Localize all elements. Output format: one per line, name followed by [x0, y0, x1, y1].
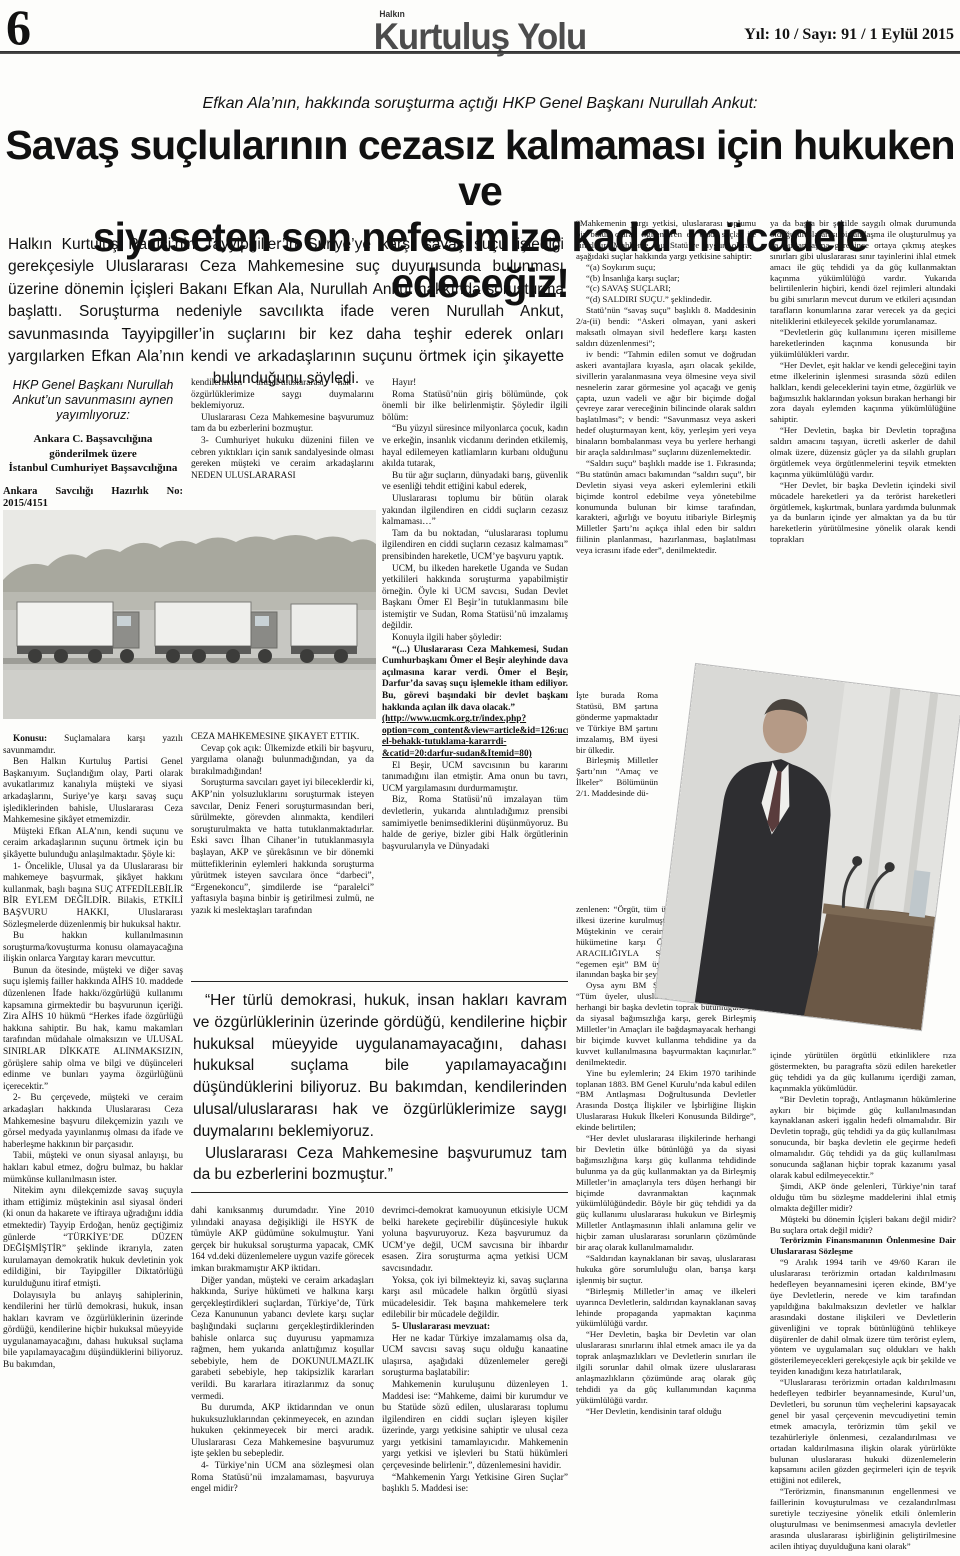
- col5-bottom: içinde yürütülen örgütlü etkinliklere rı…: [770, 1050, 956, 1556]
- paragraph: Statü’nün “savaş suçu” başlıklı 8. Madde…: [576, 305, 756, 349]
- paragraph: “Mahkemenin Yargı Yetkisine Giren Suçlar…: [382, 1473, 568, 1496]
- paragraph: “(b) İnsanlığa karşı suçlar;: [576, 273, 756, 284]
- paragraph: dahi kanıksanmış durumdadır. Yine 2010 y…: [191, 1206, 374, 1276]
- pull-quote-rule-bottom: [191, 1192, 568, 1193]
- paragraph: İşte burada Roma Statüsü, BM şartına gön…: [576, 690, 658, 755]
- col3-top: Hayır!Roma Statüsü’nün giriş bölümünde, …: [382, 378, 568, 978]
- col5-top: ya da başka bir şekilde saygılı olmak du…: [770, 218, 956, 680]
- paragraph: Uluslararası toplumu bir bütün olarak ya…: [382, 494, 568, 529]
- paragraph: iv bendi: “Tahmin edilen somut ve doğrud…: [576, 349, 756, 458]
- paragraph: Roma Statüsü’nün giriş bölümünde, çok ön…: [382, 390, 568, 425]
- paragraph: ya da başka bir şekilde saygılı olmak du…: [770, 218, 956, 327]
- speaker-at-rostrum-photo: [655, 664, 960, 1030]
- paragraph: “Saldırıdan kaynaklanan bir savaş, ulusl…: [576, 1253, 756, 1286]
- paragraph: Yine bu eylemlerin; 24 Ekim 1970 tarihin…: [576, 1068, 756, 1133]
- truck-convoy-illustration: [3, 510, 376, 719]
- address-line: İstanbul Cumhuriyet Başsavcılığına: [3, 461, 183, 476]
- col2-mid: CEZA MAHKEMESİNE ŞİKÂYET ETTİK.Cevap çok…: [191, 732, 374, 978]
- paragraph: “Her Devletin, başka bir Devletin var ol…: [576, 1329, 756, 1405]
- paragraph: “Terörizmin, finansmanının engellenmesi …: [770, 1486, 956, 1551]
- paragraph: “Bir Devletin toprağı, Antlaşmanın hüküm…: [770, 1094, 956, 1181]
- paragraph: Bu tür ağır suçların, dünyadaki barış, g…: [382, 471, 568, 494]
- col2-bottom: dahi kanıksanmış durumdadır. Yine 2010 y…: [191, 1206, 374, 1556]
- paragraph: Diğer yandan, müşteki ve ceraim arkadaşl…: [191, 1276, 374, 1404]
- paragraph: Soruşturma savcıları gayet iyi bilecekle…: [191, 778, 374, 917]
- paragraph: Uluslararası Ceza Mahkemesine başvurumuz…: [191, 413, 374, 436]
- paragraph: kendilerinden ulusal/uluslararası hak ve…: [191, 378, 374, 413]
- paragraph: 3- Cumhuriyet hukuku düzenini fiilen ve …: [191, 436, 374, 482]
- issue-info: Yıl: 10 / Sayı: 91 / 1 Eylül 2015: [744, 26, 954, 44]
- col1-hazirlik-no: Ankara Savcılığı Hazırlık No: 2015/4151: [3, 486, 183, 512]
- paragraph: “Mahkemenin yargı yetkisi, uluslararası …: [576, 218, 756, 262]
- col4-top: “Mahkemenin yargı yetkisi, uluslararası …: [576, 218, 756, 688]
- paragraph: Biz, Roma Statüsü’nü imzalayan tüm devle…: [382, 795, 568, 853]
- paragraph: Müşteki Efkan ALA’nın, kendi suçunu ve c…: [3, 827, 183, 862]
- paragraph: (http://www.ucmk.org.tr/index.php?option…: [382, 714, 568, 760]
- paragraph: Nitekim aynı dilekçemizde savaş suçuyla …: [3, 1186, 183, 1290]
- paragraph: 1- Öncelikle, Ulusal ya da Uluslararası …: [3, 862, 183, 932]
- col1-address: Ankara C. Başsavcılığına gönderilmek üze…: [3, 432, 183, 480]
- col3-bottom: devrimci-demokrat kamuoyunun etkisiyle U…: [382, 1206, 568, 1556]
- paragraph: “Her Devletin, başka bir Devletin toprağ…: [770, 425, 956, 480]
- paragraph: Ben Halkın Kurtuluş Partisi Genel Başkan…: [3, 757, 183, 827]
- paragraph: El Beşir, UCM savcısının bu kararını tan…: [382, 761, 568, 796]
- lead-paragraph: Halkın Kurtuluş Partisi’nin Tayyipgiller…: [8, 234, 564, 391]
- pull-quote-rule-top: [191, 981, 568, 982]
- paragraph: “Her Devletin, kendisinin taraf olduğu: [576, 1406, 756, 1417]
- paragraph: Hayır!: [382, 378, 568, 390]
- paragraph: “Her Devlet, bir başka Devletin içindeki…: [770, 480, 956, 545]
- paragraph: 5- Uluslararası mevzuat:: [382, 1322, 568, 1334]
- paragraph: Tam da bu noktadan, “uluslararası toplum…: [382, 529, 568, 564]
- col4-narrow-beside-photo: İşte burada Roma Statüsü, BM şartına gön…: [576, 690, 658, 902]
- truck-convoy-photo: [3, 510, 376, 719]
- address-line: gönderilmek üzere: [3, 447, 183, 462]
- col1-body: Konusu: Suçlamalara karşı yazılı savunma…: [3, 734, 183, 1556]
- paragraph: Bunun da ötesinde, müşteki ve diğer sava…: [3, 966, 183, 1094]
- paragraph: 4- Türkiye’nin UCM ana sözleşmesi olan R…: [191, 1461, 374, 1496]
- paragraph: Yoksa, çok iyi bilmekteyiz ki, savaş suç…: [382, 1276, 568, 1322]
- newspaper-page: 6 Halkın Kurtuluş Yolu Yıl: 10 / Sayı: 9…: [0, 0, 960, 1556]
- page-number: 6: [6, 2, 31, 52]
- paragraph: Mahkemenin kuruluşunu düzenleyen 1. Madd…: [382, 1380, 568, 1473]
- header-rule: [0, 51, 960, 54]
- paragraph: “Uluslararası terörizmin ortadan kaldırı…: [770, 1377, 956, 1486]
- paragraph: 2- Bu çerçevede, müşteki ve ceraim arkad…: [3, 1093, 183, 1151]
- headline-line1: Savaş suçlularının cezasız kalmaması içi…: [5, 122, 954, 214]
- paragraph: Müşteki bu dönemin İçişleri bakanı değil…: [770, 1214, 956, 1236]
- paragraph: “Her devlet uluslararası ilişkilerinde h…: [576, 1133, 756, 1253]
- paragraph: Konuyla ilgili haber şöyledir:: [382, 633, 568, 645]
- paragraph-lead-in: Konusu:: [13, 734, 47, 744]
- paragraph: “Her türlü demokrasi, hukuk, insan hakla…: [193, 990, 567, 1143]
- paragraph: “9 Aralık 1994 tarih ve 49/60 Kararı ile…: [770, 1257, 956, 1377]
- paragraph: “Birleşmiş Milletler’in amaç ve ilkeleri…: [576, 1286, 756, 1330]
- paragraph: Şimdi, AKP önde gelenleri, Türkiye’nin t…: [770, 1181, 956, 1214]
- paragraph: “Devletlerin güç kullanımını içeren misi…: [770, 327, 956, 360]
- paragraph: CEZA MAHKEMESİNE ŞİKÂYET ETTİK.: [191, 732, 374, 744]
- paragraph: Birleşmiş Milletler Şartı’nın “Amaç ve İ…: [576, 755, 658, 799]
- paragraph: Bu hakkın kullanılmasının soruşturma/kov…: [3, 931, 183, 966]
- col2-top: kendilerinden ulusal/uluslararası hak ve…: [191, 378, 374, 508]
- paragraph: Uluslararası Ceza Mahkemesine başvurumuz…: [193, 1143, 567, 1187]
- paragraph: “Her Devlet, eşit haklar ve kendi gelece…: [770, 360, 956, 425]
- paragraph: “(d) SALDIRI SUÇU.” şeklindedir.: [576, 294, 756, 305]
- paragraph: “(...) Uluslararası Ceza Mahkemesi, Suda…: [382, 645, 568, 715]
- paragraph: “Saldırı suçu” başlıklı madde ise 1. Fık…: [576, 458, 756, 556]
- paragraph: Cevap çok açık: Ülkemizde etkili bir baş…: [191, 744, 374, 779]
- pull-quote: “Her türlü demokrasi, hukuk, insan hakla…: [193, 990, 567, 1186]
- paragraph: Dolayısıyla bu anlayış sahiplerinin, ken…: [3, 1291, 183, 1372]
- speaker-illustration: [655, 664, 960, 1030]
- paragraph: Bu durumda, AKP iktidarından ve onun huk…: [191, 1403, 374, 1461]
- paragraph: içinde yürütülen örgütlü etkinliklere rı…: [770, 1050, 956, 1094]
- col1-intro: HKP Genel Başkanı Nurullah Ankut’un savu…: [3, 378, 183, 428]
- paragraph: “(c) SAVAŞ SUÇLARI;: [576, 283, 756, 294]
- paragraph: “Bu yüzyıl süresince milyonlarca çocuk, …: [382, 424, 568, 470]
- paragraph: Terörizmin Finansmanının Önlenmesine Dai…: [770, 1235, 956, 1257]
- address-line: Ankara C. Başsavcılığına: [3, 432, 183, 447]
- paragraph: devrimci-demokrat kamuoyunun etkisiyle U…: [382, 1206, 568, 1276]
- paragraph: Her ne kadar Türkiye imzalamamış olsa da…: [382, 1334, 568, 1380]
- masthead-small-label: Halkın: [379, 9, 404, 19]
- paragraph: Konusu: Suçlamalara karşı yazılı savunma…: [3, 734, 183, 757]
- paragraph: “(a) Soykırım suçu;: [576, 262, 756, 273]
- kicker: Efkan Ala’nın, hakkında soruşturma açtığ…: [0, 95, 960, 113]
- paragraph: UCM, bu ilkeden hareketle Uganda ve Suda…: [382, 564, 568, 634]
- paragraph: Tabii, müşteki ve onun siyasal anlayışı,…: [3, 1151, 183, 1186]
